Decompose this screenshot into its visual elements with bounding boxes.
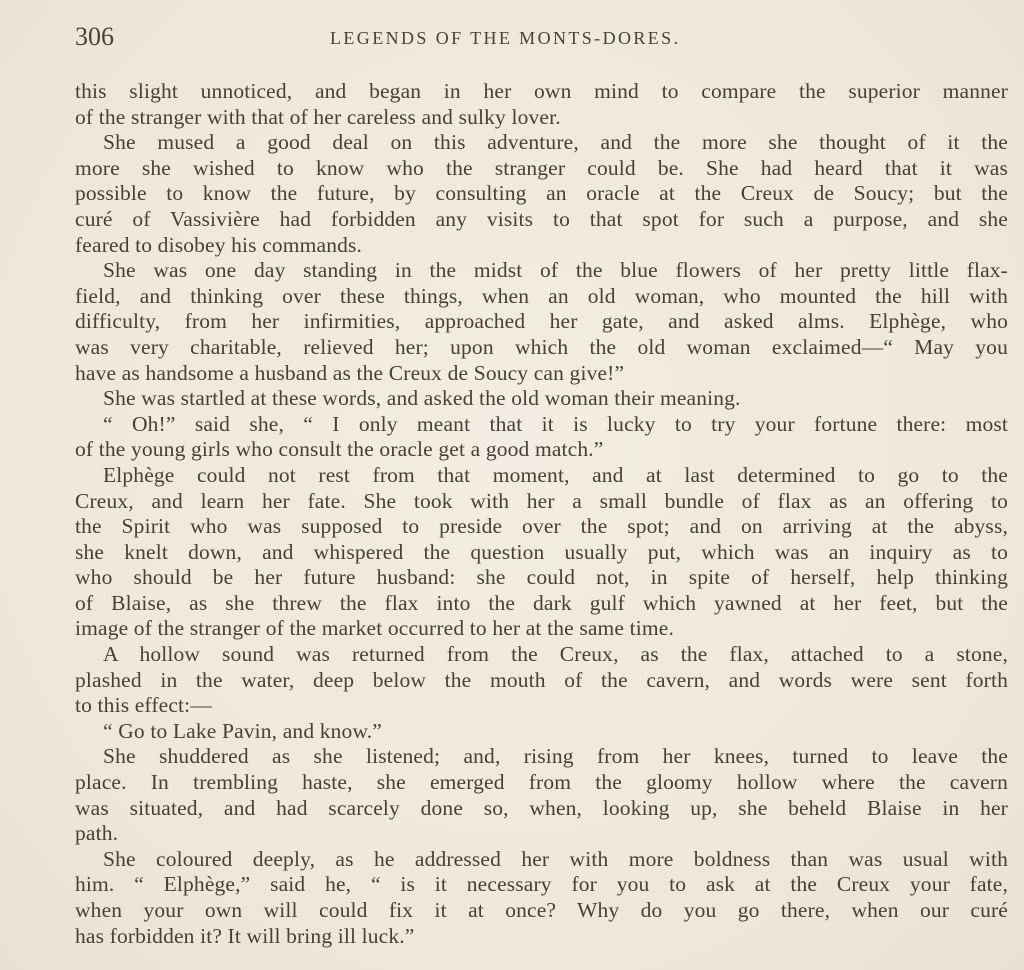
text-line: of the young girls who consult the oracl… — [75, 437, 1008, 463]
text-line: she knelt down, and whispered the questi… — [75, 540, 1008, 566]
text-line: him. “ Elphège,” said he, “ is it necess… — [75, 872, 1008, 898]
text-line: have as handsome a husband as the Creux … — [75, 361, 1008, 387]
text-line: Creux, and learn her fate. She took with… — [75, 489, 1008, 515]
text-line: has forbidden it? It will bring ill luck… — [75, 924, 1008, 950]
text-line: this slight unnoticed, and began in her … — [75, 79, 1008, 105]
text-line: possible to know the future, by consulti… — [75, 181, 1008, 207]
text-line: plashed in the water, deep below the mou… — [75, 668, 1008, 694]
text-line: of the stranger with that of her careles… — [75, 105, 1008, 131]
book-page: 306 LEGENDS OF THE MONTS-DORES. this sli… — [0, 0, 1024, 970]
text-line: image of the stranger of the market occu… — [75, 616, 1008, 642]
page-number: 306 — [75, 22, 114, 52]
text-line: “ Go to Lake Pavin, and know.” — [75, 719, 1008, 745]
text-line: when your own will could fix it at once?… — [75, 898, 1008, 924]
text-line: A hollow sound was returned from the Cre… — [75, 642, 1008, 668]
text-line: was situated, and had scarcely done so, … — [75, 796, 1008, 822]
text-line: of Blaise, as she threw the flax into th… — [75, 591, 1008, 617]
text-line: more she wished to know who the stranger… — [75, 156, 1008, 182]
text-line: “ Oh!” said she, “ I only meant that it … — [75, 412, 1008, 438]
text-line: path. — [75, 821, 1008, 847]
body-text: this slight unnoticed, and began in her … — [75, 79, 1008, 949]
text-line: to this effect:— — [75, 693, 1008, 719]
text-line: difficulty, from her infirmities, approa… — [75, 309, 1008, 335]
text-line: She mused a good deal on this adventure,… — [75, 130, 1008, 156]
text-line: She shuddered as she listened; and, risi… — [75, 744, 1008, 770]
text-line: She was startled at these words, and ask… — [75, 386, 1008, 412]
text-line: was very charitable, relieved her; upon … — [75, 335, 1008, 361]
text-line: curé of Vassivière had forbidden any vis… — [75, 207, 1008, 233]
text-line: place. In trembling haste, she emerged f… — [75, 770, 1008, 796]
running-head: 306 LEGENDS OF THE MONTS-DORES. — [75, 22, 1008, 58]
text-line: the Spirit who was supposed to preside o… — [75, 514, 1008, 540]
text-line: She coloured deeply, as he addressed her… — [75, 847, 1008, 873]
text-line: feared to disobey his commands. — [75, 233, 1008, 259]
text-line: who should be her future husband: she co… — [75, 565, 1008, 591]
text-line: Elphège could not rest from that moment,… — [75, 463, 1008, 489]
text-line: She was one day standing in the midst of… — [75, 258, 1008, 284]
running-title: LEGENDS OF THE MONTS-DORES. — [330, 28, 680, 49]
text-line: field, and thinking over these things, w… — [75, 284, 1008, 310]
